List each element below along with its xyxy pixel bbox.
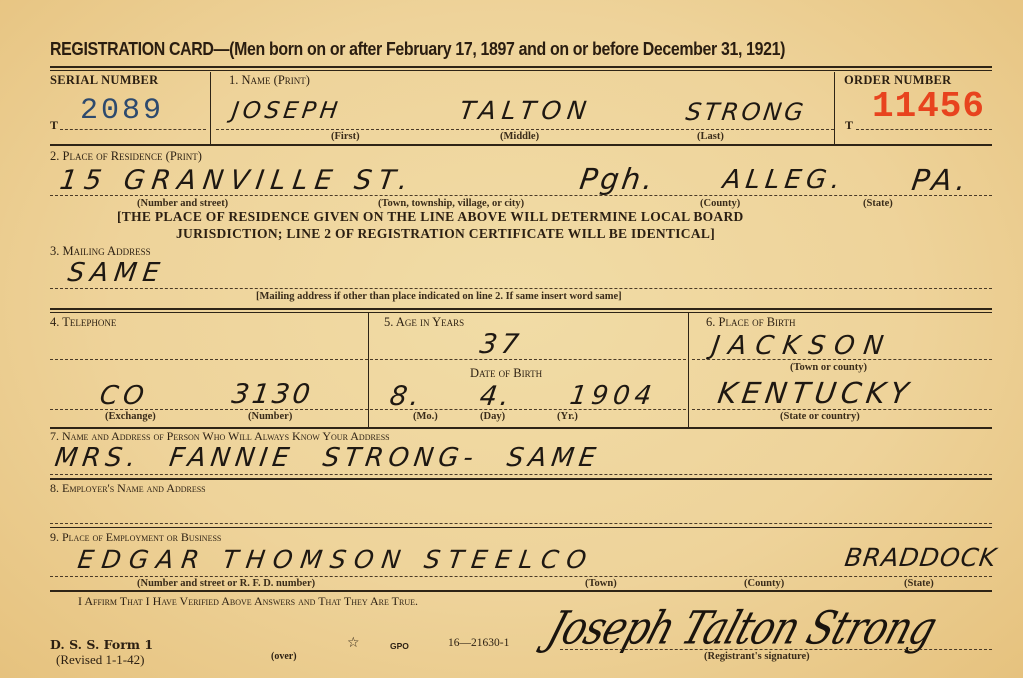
residence-notice-line2: JURISDICTION; LINE 2 OF REGISTRATION CER… <box>176 226 715 242</box>
birthplace-town-value: JACKSON <box>710 331 894 361</box>
residence-county-caption: (County) <box>700 198 740 209</box>
birthplace-town-line <box>692 359 992 360</box>
telephone-number-caption: (Number) <box>248 411 292 422</box>
contact-value: MRS. FANNIE STRONG- SAME <box>53 443 603 473</box>
mailing-caption: [Mailing address if other than place ind… <box>256 291 622 302</box>
contact-line <box>50 474 992 475</box>
residence-town-value: Pgh. <box>578 162 658 196</box>
residence-street-caption: (Number and street) <box>137 198 228 209</box>
row1-bottom-rule <box>50 144 992 146</box>
date-of-birth-label: Date of Birth <box>470 366 542 381</box>
residence-street-value: 15 GRANVILLE ST. <box>58 165 417 196</box>
divider-serial-name <box>210 72 211 144</box>
dob-month-value: 8. <box>388 381 424 412</box>
dob-line <box>370 409 686 410</box>
contact-label: 7. Name and Address of Person Who Will A… <box>50 429 390 444</box>
employment-street-caption: (Number and street or R. F. D. number) <box>137 578 315 589</box>
row3-bottom-rule-2 <box>50 312 992 313</box>
telephone-exchange-value: CO <box>98 381 151 411</box>
dob-day-caption: (Day) <box>480 411 505 422</box>
mailing-value: SAME <box>66 258 167 288</box>
signature-caption: (Registrant's signature) <box>704 651 810 662</box>
dob-month-caption: (Mo.) <box>413 411 438 422</box>
divider-age-birthplace <box>688 312 689 427</box>
mailing-line <box>50 288 992 289</box>
order-number-value: 11456 <box>872 86 985 127</box>
telephone-exchange-caption: (Exchange) <box>105 411 156 422</box>
top-rule <box>50 66 992 68</box>
residence-state-value: PA. <box>910 163 972 197</box>
name-middle-caption: (Middle) <box>500 131 539 142</box>
registrant-signature: Joseph Talton Strong <box>541 602 942 655</box>
name-last-caption: (Last) <box>697 131 724 142</box>
telephone-label: 4. Telephone <box>50 315 116 330</box>
form-revised: (Revised 1-1-42) <box>56 652 144 668</box>
card-title: REGISTRATION CARD—(Men born on or after … <box>50 38 785 60</box>
birthplace-state-caption: (State or country) <box>780 411 860 422</box>
employment-label: 9. Place of Employment or Business <box>50 530 221 545</box>
birthplace-label: 6. Place of Birth <box>706 315 796 330</box>
divider-telephone-age <box>368 312 369 427</box>
serial-number-label: SERIAL NUMBER <box>50 73 158 88</box>
telephone-number-value: 3130 <box>230 379 315 410</box>
residence-town-caption: (Town, township, village, or city) <box>378 198 524 209</box>
divider-name-order <box>834 72 835 144</box>
residence-notice-line1: [THE PLACE OF RESIDENCE GIVEN ON THE LIN… <box>117 209 744 225</box>
star-icon: ☆ <box>347 635 360 651</box>
row3-bottom-rule <box>50 308 992 310</box>
order-prefix: T <box>845 118 853 133</box>
name-first-value: JOSEPH <box>230 98 343 124</box>
row8-bottom-rule <box>50 527 992 528</box>
registration-card: REGISTRATION CARD—(Men born on or after … <box>0 0 1023 678</box>
row9-bottom-rule <box>50 590 992 592</box>
birthplace-state-value: KENTUCKY <box>716 376 916 410</box>
row7-bottom-rule <box>50 478 992 480</box>
name-middle-value: TALTON <box>458 96 594 125</box>
name-label: 1. Name (Print) <box>229 73 310 88</box>
affirmation-text: I Affirm That I Have Verified Above Answ… <box>78 594 418 609</box>
age-line <box>370 359 686 360</box>
gpo-mark: GPO <box>390 641 409 651</box>
age-value: 37 <box>478 329 525 360</box>
employment-town-value: BRADDOCK <box>843 543 999 572</box>
dob-year-value: 1904 <box>568 381 658 411</box>
employment-county-caption: (County) <box>744 578 784 589</box>
employment-street-value: EDGAR THOMSON STEELCO <box>76 545 596 574</box>
residence-label: 2. Place of Residence (Print) <box>50 149 202 164</box>
residence-county-value: ALLEG. <box>721 165 847 195</box>
employment-line <box>50 576 992 577</box>
residence-state-caption: (State) <box>863 198 893 209</box>
telephone-line-1 <box>50 359 368 360</box>
age-label: 5. Age in Years <box>384 315 464 330</box>
employer-line <box>50 523 992 524</box>
employment-town-caption: (Town) <box>585 578 617 589</box>
top-rule-2 <box>50 70 992 71</box>
dob-year-caption: (Yr.) <box>557 411 578 422</box>
print-code: 16—21630-1 <box>448 637 509 649</box>
over-note: (over) <box>271 651 297 662</box>
serial-number-value: 2089 <box>80 94 164 128</box>
serial-prefix: T <box>50 118 58 133</box>
employment-state-caption: (State) <box>904 578 934 589</box>
order-line <box>856 129 992 130</box>
mailing-label: 3. Mailing Address <box>50 244 151 259</box>
name-first-caption: (First) <box>331 131 360 142</box>
serial-line <box>60 129 206 130</box>
birthplace-state-line <box>692 409 992 410</box>
employer-label: 8. Employer's Name and Address <box>50 481 206 496</box>
name-last-value: STRONG <box>684 98 808 126</box>
name-line <box>216 129 834 130</box>
signature-line <box>560 649 992 650</box>
dob-day-value: 4. <box>478 381 514 412</box>
form-number: D. S. S. Form 1 <box>50 637 153 652</box>
birthplace-town-caption: (Town or county) <box>790 362 867 373</box>
